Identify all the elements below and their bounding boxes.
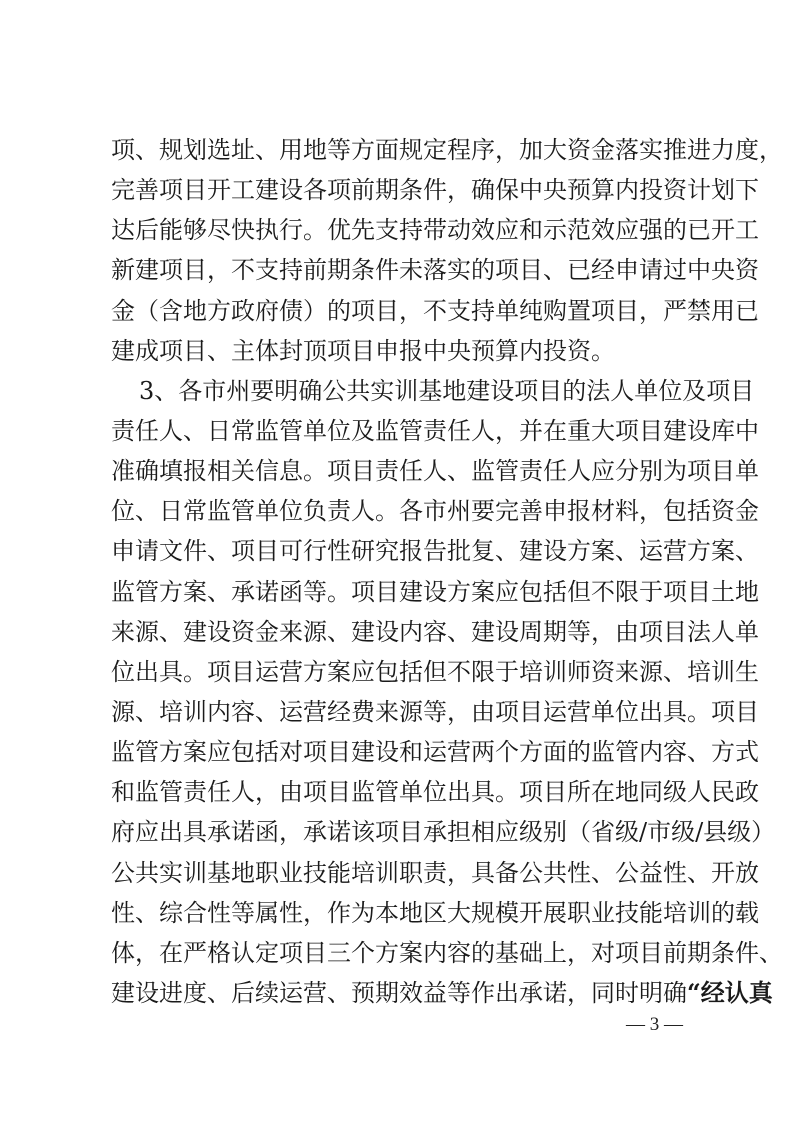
text-line: 和监管责任人，由项目监管单位出具。项目所在地同级人民政	[111, 772, 697, 812]
paragraph-item-3: 3、各市州要明确公共实训基地建设项目的法人单位及项目 责任人、日常监管单位及监管…	[111, 371, 697, 1013]
text-line: 监管方案、承诺函等。项目建设方案应包括但不限于项目土地	[111, 572, 697, 612]
text-line: 新建项目，不支持前期条件未落实的项目、已经申请过中央资	[111, 250, 697, 290]
paragraph-continuation: 项、规划选址、用地等方面规定程序，加大资金落实推进力度， 完善项目开工建设各项前…	[111, 130, 697, 371]
text-line: 监管方案应包括对项目建设和运营两个方面的监管内容、方式	[111, 732, 697, 772]
text-line: 性、综合性等属性，作为本地区大规模开展职业技能培训的载	[111, 893, 697, 933]
text-line: 金（含地方政府债）的项目，不支持单纯购置项目，严禁用已	[111, 291, 697, 331]
text-line: 府应出具承诺函，承诺该项目承担相应级别（省级/市级/县级）	[111, 812, 697, 852]
text-line: 准确填报相关信息。项目责任人、监管责任人应分别为项目单	[111, 451, 697, 491]
final-line-text: 建设进度、后续运营、预期效益等作出承诺，同时明确	[111, 979, 687, 1007]
document-page: 项、规划选址、用地等方面规定程序，加大资金落实推进力度， 完善项目开工建设各项前…	[0, 0, 793, 1122]
text-line: 达后能够尽快执行。优先支持带动效应和示范效应强的已开工	[111, 210, 697, 250]
text-line: 位、日常监管单位负责人。各市州要完善申报材料，包括资金	[111, 491, 697, 531]
text-line: 3、各市州要明确公共实训基地建设项目的法人单位及项目	[111, 371, 697, 411]
text-line: 公共实训基地职业技能培训职责，具备公共性、公益性、开放	[111, 853, 697, 893]
text-line: 位出具。项目运营方案应包括但不限于培训师资来源、培训生	[111, 652, 697, 692]
text-line: 来源、建设资金来源、建设内容、建设周期等，由项目法人单	[111, 612, 697, 652]
text-line: 申请文件、项目可行性研究报告批复、建设方案、运营方案、	[111, 531, 697, 571]
text-line: 项、规划选址、用地等方面规定程序，加大资金落实推进力度，	[111, 130, 697, 170]
text-line-final: 建设进度、后续运营、预期效益等作出承诺，同时明确“经认真	[111, 973, 697, 1013]
text-line: 完善项目开工建设各项前期条件，确保中央预算内投资计划下	[111, 170, 697, 210]
text-line: 责任人、日常监管单位及监管责任人，并在重大项目建设库中	[111, 411, 697, 451]
text-line: 体，在严格认定项目三个方案内容的基础上，对项目前期条件、	[111, 933, 697, 973]
page-number: — 3 —	[626, 1014, 683, 1036]
body-text: 项、规划选址、用地等方面规定程序，加大资金落实推进力度， 完善项目开工建设各项前…	[111, 130, 697, 1013]
text-line: 源、培训内容、运营经费来源等，由项目运营单位出具。项目	[111, 692, 697, 732]
text-line: 建成项目、主体封顶项目申报中央预算内投资。	[111, 331, 697, 371]
final-line-bold-text: “经认真	[687, 978, 773, 1007]
